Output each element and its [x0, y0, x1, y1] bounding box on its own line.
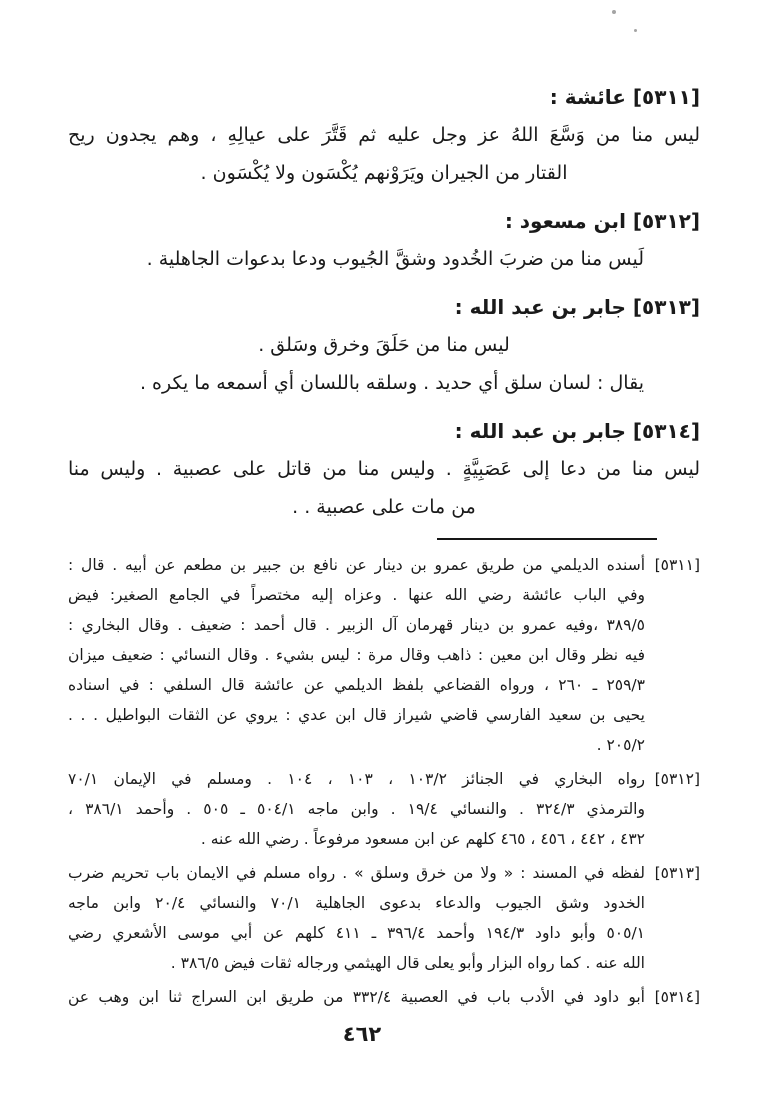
scan-speck — [612, 10, 616, 14]
entry-heading: [٥٣١٢] ابن مسعود : — [68, 208, 700, 234]
entry-heading: [٥٣١٣] جابر بن عبد الله : — [68, 294, 700, 320]
entry-heading: [٥٣١١] عائشة : — [68, 84, 700, 110]
footnote-number: [٥٣١١] — [645, 550, 700, 580]
footnote-5311: [٥٣١١] أسنده الديلمي من طريق عمرو بن دين… — [68, 550, 700, 760]
footnote-line: ٣٨٩/٥ ،وفيه عمرو بن دينار قهرمان آل الزب… — [68, 610, 645, 640]
footnote-line: ٤٣٢ ، ٤٤٢ ، ٤٥٦ ، ٤٦٥ كلهم عن ابن مسعود … — [68, 824, 645, 854]
footnote-line: الله عنه . كما رواه البزار وأبو يعلى قال… — [68, 948, 645, 978]
entry-heading: [٥٣١٤] جابر بن عبد الله : — [68, 418, 700, 444]
footnote-line: رواه البخاري في الجنائز ١٠٣/٢ ، ١٠٣ ، ١٠… — [68, 764, 645, 794]
scan-speck — [634, 29, 637, 32]
footnote-line: فيه نظر وقال ابن معين : ذاهب وقال مرة : … — [68, 640, 645, 670]
footnote-text: لفظه في المسند : « ولا من خرق وسلق » . ر… — [68, 858, 645, 978]
footnote-line: يحيى بن سعيد الفارسي قاضي شيراز قال ابن … — [68, 700, 645, 730]
hadith-text-line: ليس منا من حَلَقَ وخرق وسَلق . — [68, 326, 700, 364]
footnote-number: [٥٣١٢] — [645, 764, 700, 794]
page-number: ٤٦٢ — [46, 1022, 678, 1046]
hadith-text-line: القتار من الجيران ويَرَوْنهم يُكْسَون ول… — [68, 154, 700, 192]
hadith-entry-5314: [٥٣١٤] جابر بن عبد الله : ليس منا من دعا… — [68, 418, 700, 526]
footnote-divider — [437, 538, 657, 540]
footnote-text: أبو داود في الأدب باب في العصبية ٣٣٢/٤ م… — [68, 982, 645, 1012]
footnotes-section: [٥٣١١] أسنده الديلمي من طريق عمرو بن دين… — [68, 550, 700, 1012]
hadith-entry-5313: [٥٣١٣] جابر بن عبد الله : ليس منا من حَل… — [68, 294, 700, 402]
footnote-line: والترمذي ٣٢٤/٣ . والنسائي ١٩/٤ . وابن ما… — [68, 794, 645, 824]
book-page-scan: [٥٣١١] عائشة : ليس منا من وَسَّعَ اللهُ … — [0, 0, 770, 1096]
footnote-line: ٢٥٩/٣ ـ ٢٦٠ ، ورواه القضاعي بلفظ الديلمي… — [68, 670, 645, 700]
footnote-line: ٢٠٥/٢ . — [68, 730, 645, 760]
hadith-entries-section: [٥٣١١] عائشة : ليس منا من وَسَّعَ اللهُ … — [68, 84, 700, 526]
footnote-line: أبو داود في الأدب باب في العصبية ٣٣٢/٤ م… — [68, 982, 645, 1012]
footnote-line: لفظه في المسند : « ولا من خرق وسلق » . ر… — [68, 858, 645, 888]
hadith-text-line: ليس منا من دعا إلى عَصَبِيَّةٍ . وليس من… — [68, 450, 700, 488]
hadith-text-line: ليس منا من وَسَّعَ اللهُ عز وجل عليه ثم … — [68, 116, 700, 154]
footnote-5313: [٥٣١٣] لفظه في المسند : « ولا من خرق وسل… — [68, 858, 700, 978]
footnote-line: ٥٠٥/١ وأبو داود ١٩٤/٣ وأحمد ٣٩٦/٤ ـ ٤١١ … — [68, 918, 645, 948]
footnote-line: وفي الباب عائشة رضي الله عنها . وعزاه إل… — [68, 580, 645, 610]
hadith-entry-5311: [٥٣١١] عائشة : ليس منا من وَسَّعَ اللهُ … — [68, 84, 700, 192]
footnote-number: [٥٣١٣] — [645, 858, 700, 888]
footnote-5312: [٥٣١٢] رواه البخاري في الجنائز ١٠٣/٢ ، ١… — [68, 764, 700, 854]
footnote-number: [٥٣١٤] — [645, 982, 700, 1012]
footnote-5314: [٥٣١٤] أبو داود في الأدب باب في العصبية … — [68, 982, 700, 1012]
footnote-text: أسنده الديلمي من طريق عمرو بن دينار عن ن… — [68, 550, 645, 760]
hadith-text-line: لَيس منا من ضربَ الخُدود وشقَّ الجُيوب و… — [68, 240, 700, 278]
hadith-gloss-line: يقال : لسان سلق أي حديد . وسلقه باللسان … — [68, 364, 700, 402]
footnote-text: رواه البخاري في الجنائز ١٠٣/٢ ، ١٠٣ ، ١٠… — [68, 764, 645, 854]
hadith-text-line: من مات على عصبية . . — [68, 488, 700, 526]
hadith-entry-5312: [٥٣١٢] ابن مسعود : لَيس منا من ضربَ الخُ… — [68, 208, 700, 278]
footnote-line: الخدود وشق الجيوب والدعاء بدعوى الجاهلية… — [68, 888, 645, 918]
footnote-line: أسنده الديلمي من طريق عمرو بن دينار عن ن… — [68, 550, 645, 580]
